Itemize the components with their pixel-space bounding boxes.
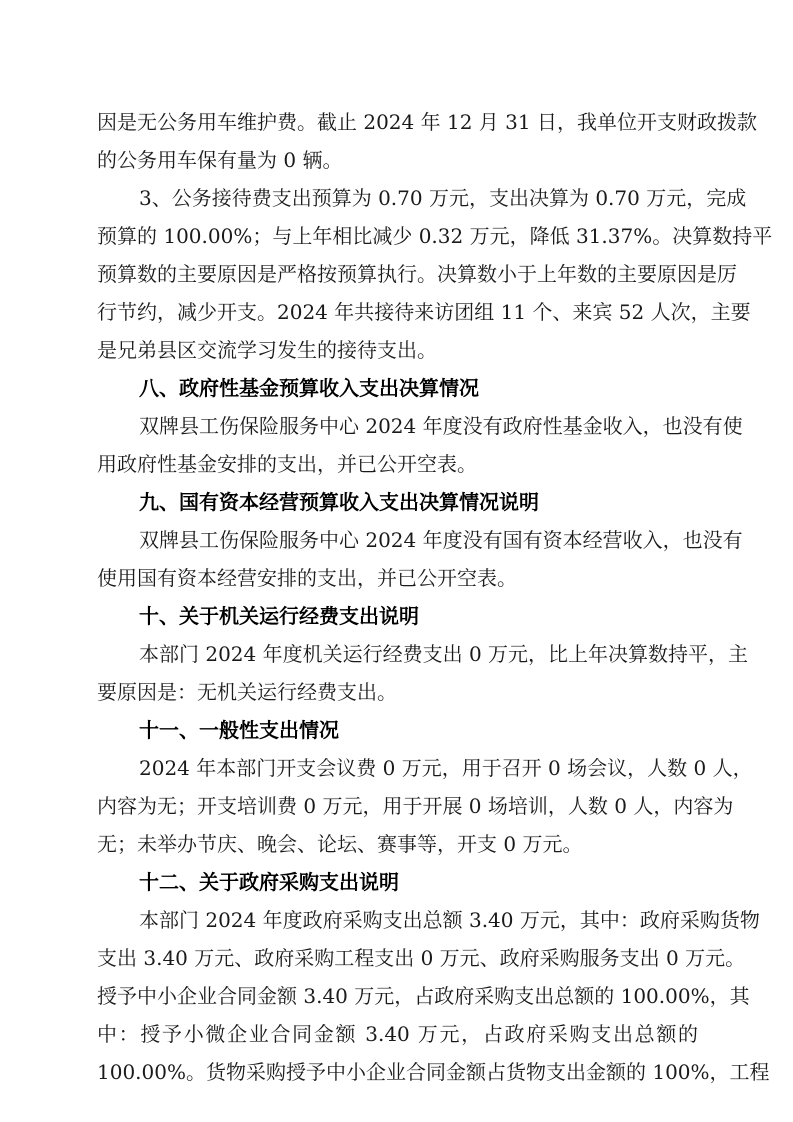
- body-line: 双牌县工伤保险服务中心 2024 年度没有国有资本经营收入，也没有: [97, 521, 698, 559]
- body-line: 预算的 100.00%；与上年相比减少 0.32 万元，降低 31.37%。决算…: [97, 217, 698, 255]
- body-line: 预算数的主要原因是严格按预算执行。决算数小于上年数的主要原因是厉: [97, 255, 698, 293]
- section-heading-10: 十、关于机关运行经费支出说明: [97, 597, 698, 635]
- body-line: 是兄弟县区交流学习发生的接待支出。: [97, 331, 698, 369]
- section-heading-11: 十一、一般性支出情况: [97, 711, 698, 749]
- section-heading-12: 十二、关于政府采购支出说明: [97, 863, 698, 901]
- body-line: 因是无公务用车维护费。截止 2024 年 12 月 31 日，我单位开支财政拨款: [97, 103, 698, 141]
- body-line: 要原因是：无机关运行经费支出。: [97, 673, 698, 711]
- body-line: 2024 年本部门开支会议费 0 万元，用于召开 0 场会议，人数 0 人，: [97, 749, 698, 787]
- body-line: 行节约，减少开支。2024 年共接待来访团组 11 个、来宾 52 人次，主要: [97, 293, 698, 331]
- body-line: 使用国有资本经营安排的支出，并已公开空表。: [97, 559, 698, 597]
- body-line: 中：授予小微企业合同金额 3.40 万元，占政府采购支出总额的: [97, 1015, 698, 1053]
- body-line: 授予中小企业合同金额 3.40 万元，占政府采购支出总额的 100.00%，其: [97, 977, 698, 1015]
- section-heading-9: 九、国有资本经营预算收入支出决算情况说明: [97, 483, 698, 521]
- body-line: 内容为无；开支培训费 0 万元，用于开展 0 场培训，人数 0 人，内容为: [97, 787, 698, 825]
- body-line: 的公务用车保有量为 0 辆。: [97, 141, 698, 179]
- body-line: 双牌县工伤保险服务中心 2024 年度没有政府性基金收入，也没有使: [97, 407, 698, 445]
- body-line: 本部门 2024 年度政府采购支出总额 3.40 万元，其中：政府采购货物: [97, 901, 698, 939]
- document-page: 因是无公务用车维护费。截止 2024 年 12 月 31 日，我单位开支财政拨款…: [97, 103, 698, 1091]
- body-line: 用政府性基金安排的支出，并已公开空表。: [97, 445, 698, 483]
- body-line: 100.00%。货物采购授予中小企业合同金额占货物支出金额的 100%，工程: [97, 1053, 698, 1091]
- body-line: 支出 3.40 万元、政府采购工程支出 0 万元、政府采购服务支出 0 万元。: [97, 939, 698, 977]
- section-heading-8: 八、政府性基金预算收入支出决算情况: [97, 369, 698, 407]
- body-line: 3、公务接待费支出预算为 0.70 万元，支出决算为 0.70 万元，完成: [97, 179, 698, 217]
- body-line: 无；未举办节庆、晚会、论坛、赛事等，开支 0 万元。: [97, 825, 698, 863]
- body-line: 本部门 2024 年度机关运行经费支出 0 万元，比上年决算数持平，主: [97, 635, 698, 673]
